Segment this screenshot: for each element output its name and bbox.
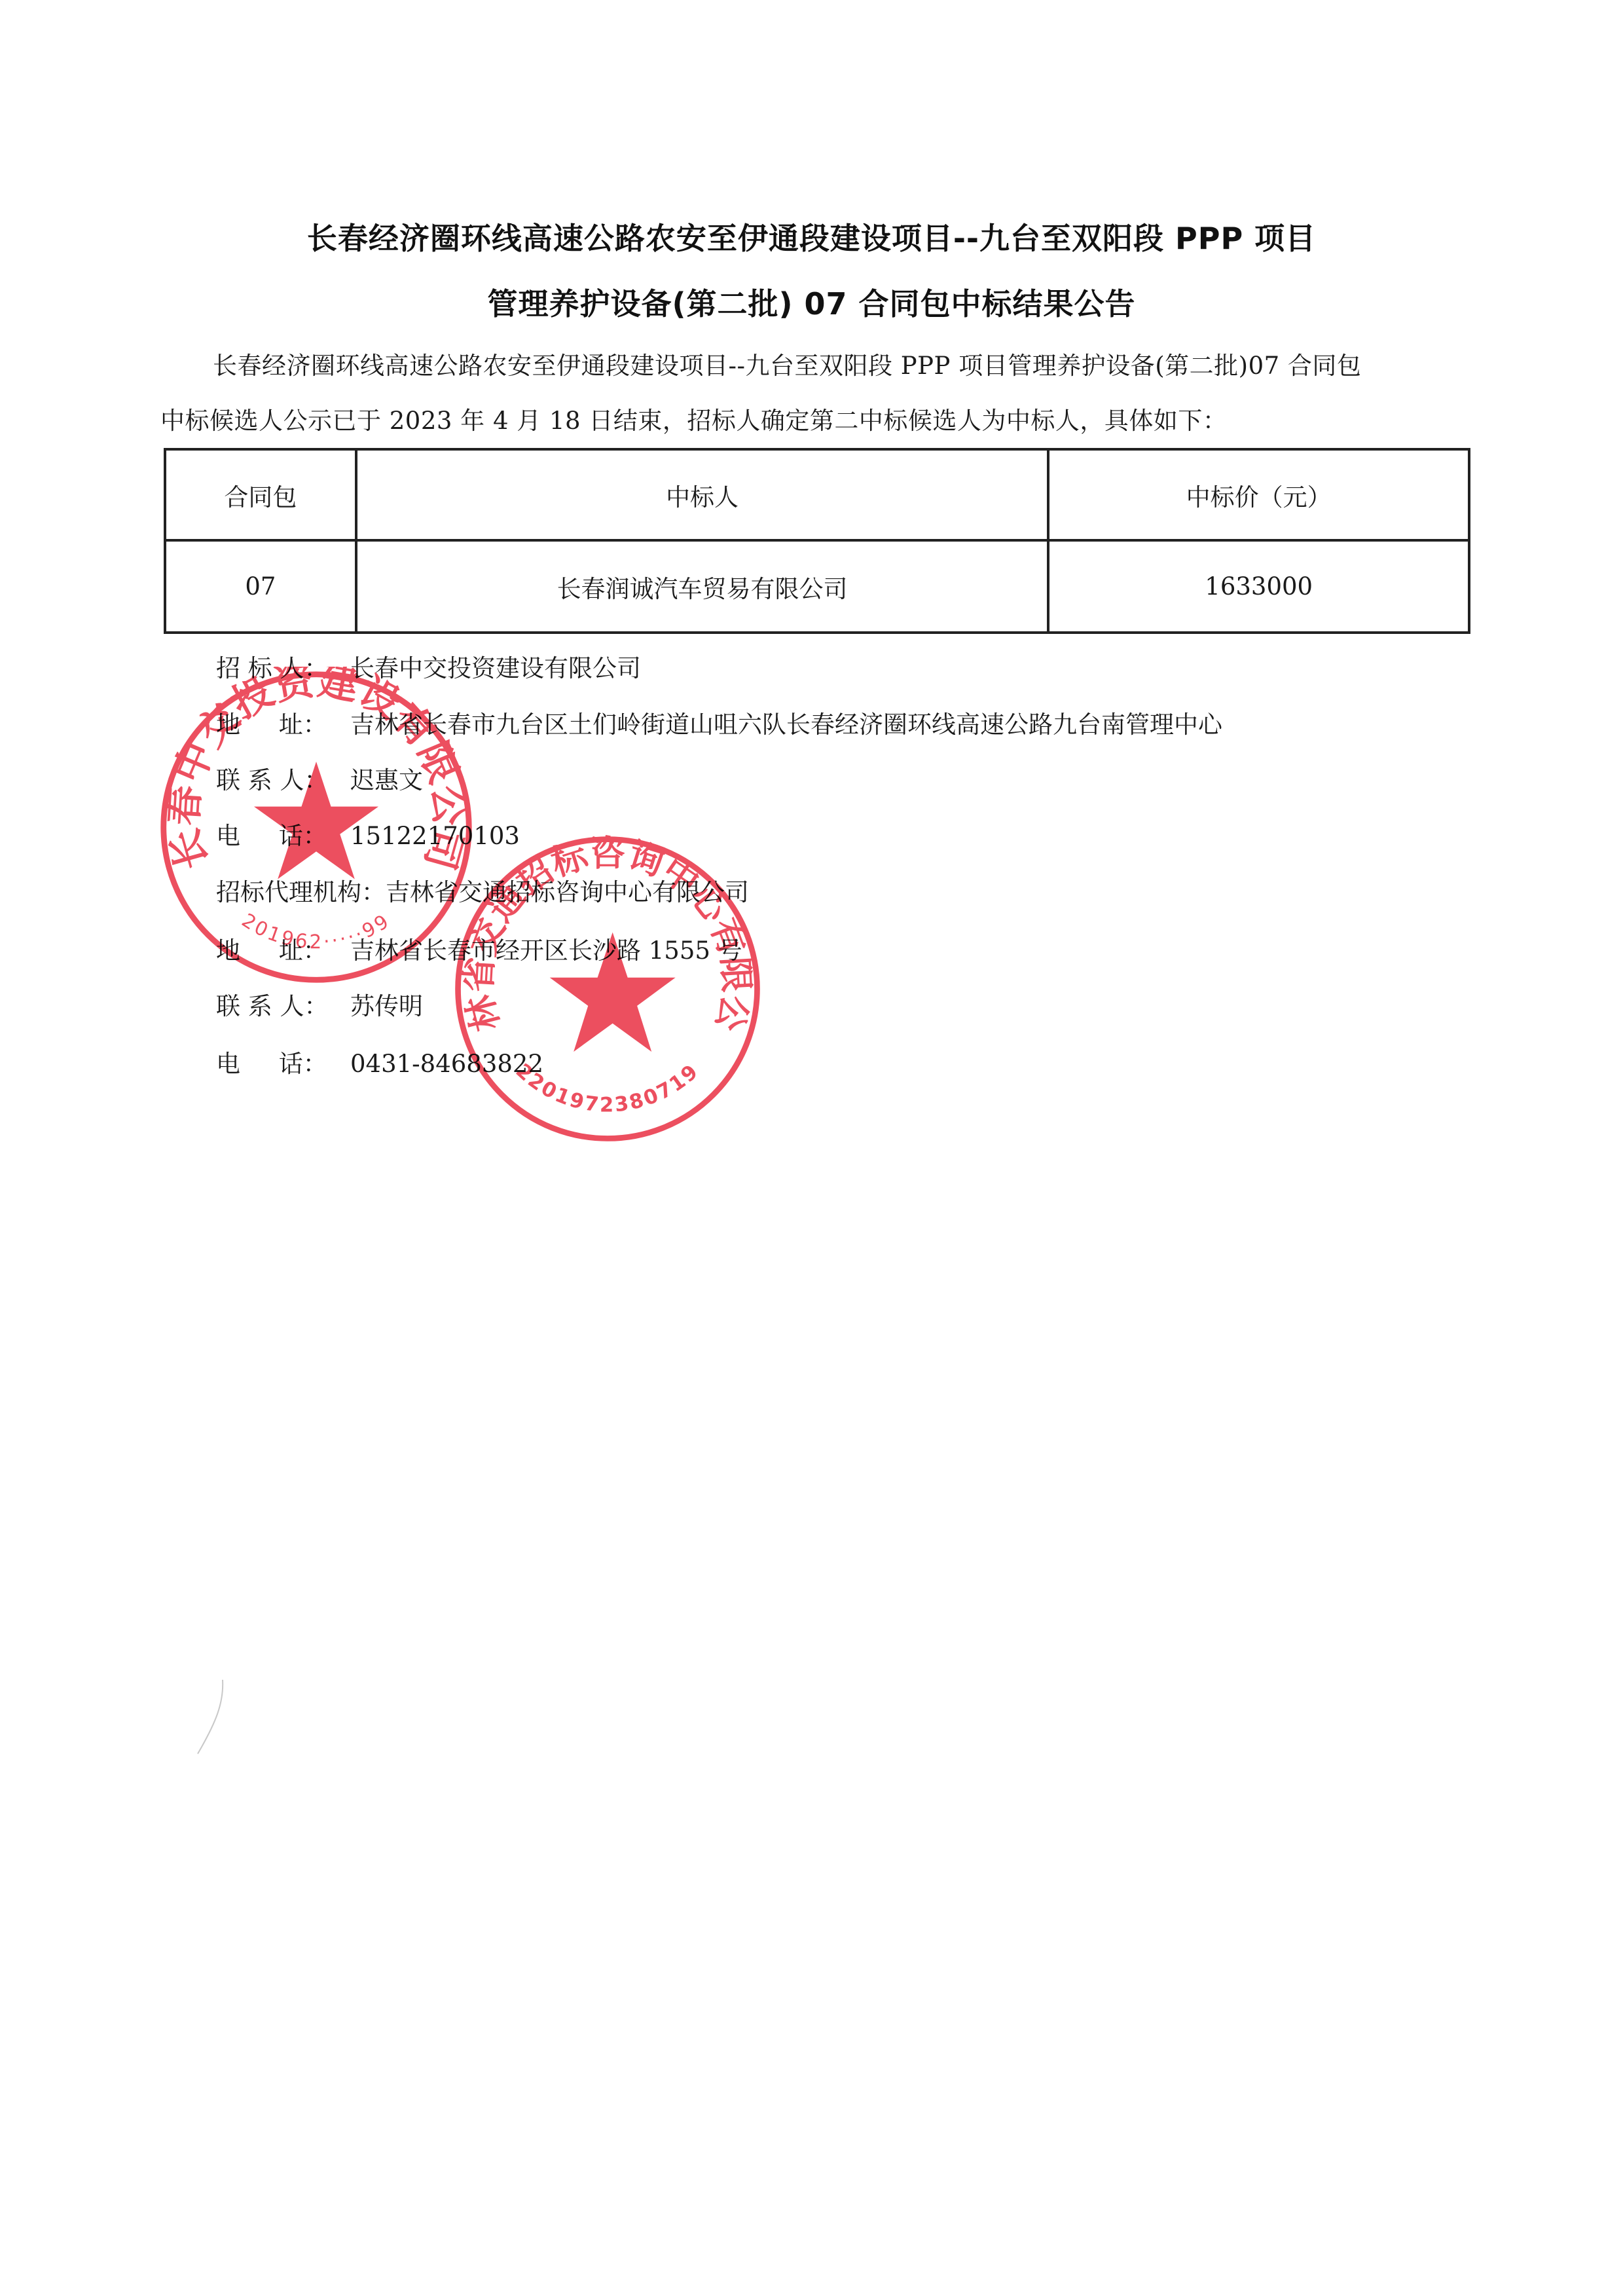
agency-name-line: 招标代理机构： 吉林省交通招标咨询中心有限公司 — [216, 872, 749, 908]
tenderer-phone-label: 电 话： — [216, 816, 350, 851]
agency-address-label: 地 址： — [216, 931, 350, 966]
scan-artifact-mark — [190, 1676, 236, 1762]
agency-phone-line: 电 话： 0431-84683822 — [216, 1044, 543, 1079]
document-title-line-2: 管理养护设备(第二批) 07 合同包中标结果公告 — [0, 280, 1623, 324]
agency-contact-label: 联 系 人： — [216, 986, 350, 1022]
header-winning-bidder: 中标人 — [356, 449, 1049, 540]
agency-name: 吉林省交通招标咨询中心有限公司 — [386, 872, 749, 908]
tenderer-contact: 迟惠文 — [350, 760, 423, 796]
tenderer-phone: 15122170103 — [350, 822, 520, 850]
cell-winning-bidder: 长春润诚汽车贸易有限公司 — [356, 540, 1049, 633]
intro-paragraph-line-1: 长春经济圈环线高速公路农安至伊通段建设项目--九台至双阳段 PPP 项目管理养护… — [213, 346, 1361, 381]
header-contract-package: 合同包 — [165, 449, 356, 540]
agency-address-line: 地 址： 吉林省长春市经开区长沙路 1555 号 — [216, 931, 742, 966]
intro-paragraph-line-2: 中标候选人公示已于 2023 年 4 月 18 日结束，招标人确定第二中标候选人… — [160, 401, 1227, 436]
table-row: 07 长春润诚汽车贸易有限公司 1633000 — [165, 540, 1469, 633]
tenderer-name: 长春中交投资建设有限公司 — [350, 648, 641, 684]
agency-phone-label: 电 话： — [216, 1044, 350, 1079]
tenderer-address-label: 地 址： — [216, 705, 350, 740]
tenderer-contact-label: 联 系 人： — [216, 760, 350, 796]
header-winning-price: 中标价（元） — [1048, 449, 1469, 540]
award-result-table: 合同包 中标人 中标价（元） 07 长春润诚汽车贸易有限公司 1633000 — [164, 448, 1470, 634]
cell-winning-price: 1633000 — [1048, 540, 1469, 633]
agency-contact: 苏传明 — [350, 986, 423, 1022]
tenderer-name-line: 招 标 人： 长春中交投资建设有限公司 — [216, 648, 641, 684]
document-title-line-1: 长春经济圈环线高速公路农安至伊通段建设项目--九台至双阳段 PPP 项目 — [0, 215, 1623, 258]
document-page: 长春经济圈环线高速公路农安至伊通段建设项目--九台至双阳段 PPP 项目 管理养… — [0, 0, 1623, 2296]
agency-name-label: 招标代理机构： — [216, 872, 386, 908]
tenderer-name-label: 招 标 人： — [216, 648, 350, 684]
agency-phone: 0431-84683822 — [350, 1050, 543, 1078]
tenderer-contact-line: 联 系 人： 迟惠文 — [216, 760, 423, 796]
tenderer-phone-line: 电 话： 15122170103 — [216, 816, 520, 851]
agency-contact-line: 联 系 人： 苏传明 — [216, 986, 423, 1022]
table-header-row: 合同包 中标人 中标价（元） — [165, 449, 1469, 540]
agency-address: 吉林省长春市经开区长沙路 1555 号 — [350, 931, 742, 966]
tenderer-address-line: 地 址： 吉林省长春市九台区土们岭街道山咀六队长春经济圈环线高速公路九台南管理中… — [216, 705, 1222, 740]
cell-contract-package: 07 — [165, 540, 356, 633]
tenderer-address: 吉林省长春市九台区土们岭街道山咀六队长春经济圈环线高速公路九台南管理中心 — [350, 705, 1222, 740]
